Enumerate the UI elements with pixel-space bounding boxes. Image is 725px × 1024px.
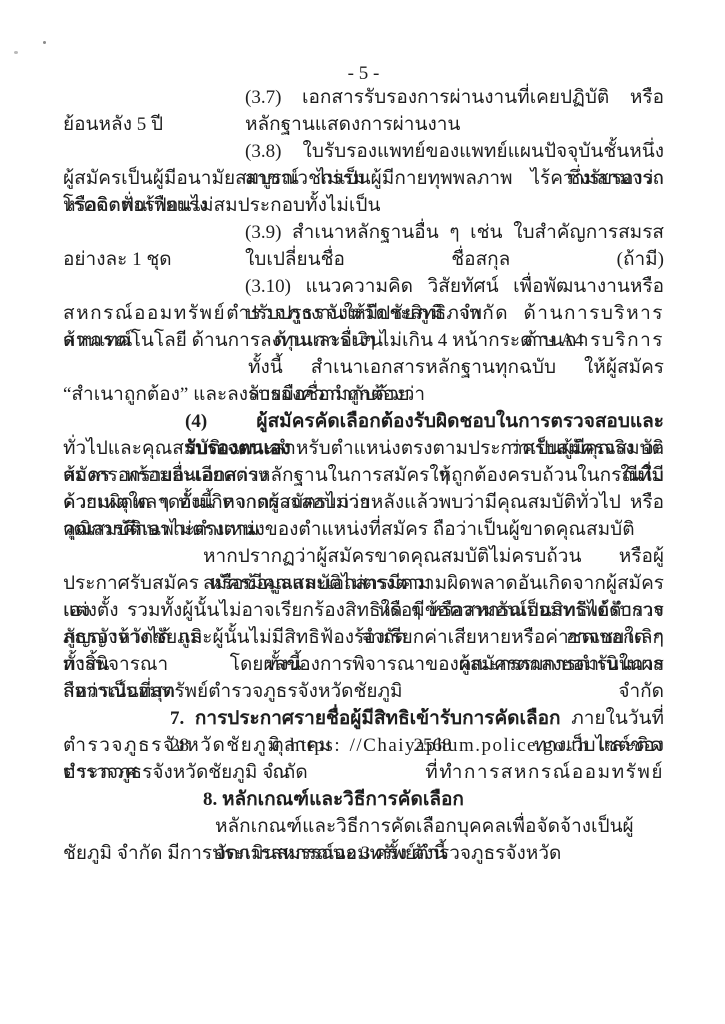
text-line: ทั่วไปและคุณสมบัติเฉพาะสำหรับตำแหน่งตรงต… xyxy=(63,435,664,462)
text-line: ผู้สมัครเป็นผู้มีอนามัยสมบูรณ์ ไม่เป็นผู… xyxy=(63,165,664,192)
text-line: 8. หลักเกณฑ์และวิธีการคัดเลือก xyxy=(63,786,664,813)
text-line: ทั้งนี้ สำเนาเอกสารหลักฐานทุกฉบับ ให้ผู้… xyxy=(63,354,664,381)
document-body: (3.7) เอกสารรับรองการผ่านงานที่เคยปฏิบัต… xyxy=(63,84,664,867)
text-line: (4) ผู้สมัครคัดเลือกต้องรับผิดชอบในการตร… xyxy=(63,408,664,435)
page-number: - 5 - xyxy=(63,62,664,86)
text-line: ด้านเทคโนโลยี ด้านการลงทุนและอื่นๆ ไม่เก… xyxy=(63,327,664,354)
text-line: (3.9) สำเนาหลักฐานอื่น ๆ เช่น ใบสำคัญการ… xyxy=(63,219,664,246)
scan-speck xyxy=(43,41,46,44)
text-line: คุณสมบัติเฉพาะตำแหน่งของตำแหน่งที่สมัคร … xyxy=(63,516,664,543)
text-line: (3.7) เอกสารรับรองการผ่านงานที่เคยปฏิบัต… xyxy=(63,84,664,111)
text-line: หากปรากฏว่าผู้สมัครขาดคุณสมบัติไม่ครบถ้ว… xyxy=(63,543,664,570)
text-line: “สำเนาถูกต้อง” และลงลายมือชื่อกำกับด้วย xyxy=(63,381,664,408)
section-heading-bold: 8. หลักเกณฑ์และวิธีการคัดเลือก xyxy=(203,789,464,810)
scanned-document-page: - 5 - (3.7) เอกสารรับรองการผ่านงานที่เคย… xyxy=(0,0,725,1024)
text-line: ตำรวจภูธรจังหวัดชัยภูมิ https: //Chaiyap… xyxy=(63,732,664,759)
text-line: (3.10) แนวความคิด วิสัยทัศน์ เพื่อพัฒนาง… xyxy=(63,273,664,300)
scan-speck xyxy=(14,51,18,54)
text-line: ด้วยเหตุใด ๆ ทั้งนี้ หากตรวจสอบภายหลังแล… xyxy=(63,489,664,516)
text-line: (3.8) ใบรับรองแพทย์ของแพทย์แผนปัจจุบันชั… xyxy=(63,138,664,165)
text-line: หลักเกณฑ์และวิธีการคัดเลือกบุคคลเพื่อจัด… xyxy=(63,813,664,840)
text-line: สหกรณ์ออมทรัพย์ตำรวจภูธรจังหวัดชัยภูมิ จ… xyxy=(63,300,664,327)
text-line: สมัคร พร้อมยื่นเอกสารหลักฐานในการสมัครให… xyxy=(63,462,664,489)
text-line: ประกาศรับสมัคร หรือข้อมูลและเอกสารมีความ… xyxy=(63,570,664,597)
text-line: แต่งตั้ง รวมทั้งผู้นั้นไม่อาจเรียกร้องสิ… xyxy=(63,597,664,624)
text-line: สัญญาจ้างได้ และผู้นั้นไม่มีสิทธิฟ้องร้อ… xyxy=(63,624,664,651)
section-heading-bold: 7. การประกาศรายชื่อผู้มีสิทธิเข้ารับการค… xyxy=(170,708,561,729)
text-line: ชัยภูมิ จำกัด มีการประเมินสมรรถนะ 3 ครั้… xyxy=(63,840,664,867)
text-line: 7. การประกาศรายชื่อผู้มีสิทธิเข้ารับการค… xyxy=(63,705,664,732)
text-line: การพิจารณา โดยผลของการพิจารณาของคณะกรรมก… xyxy=(63,651,664,678)
